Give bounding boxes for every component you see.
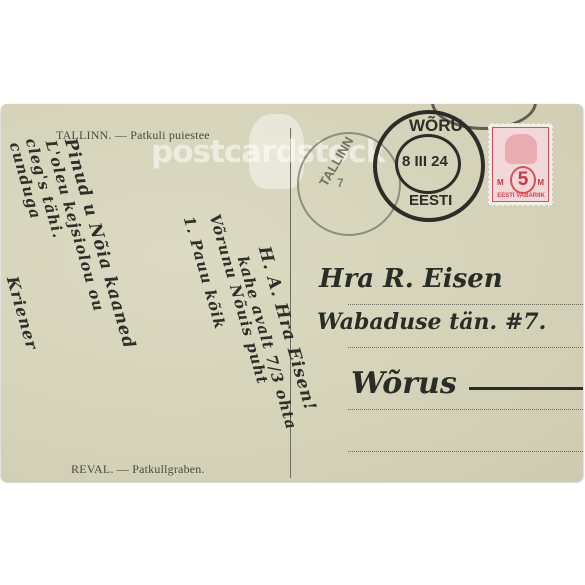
caption-bottom: REVAL. — Patkullgraben. xyxy=(71,462,205,477)
stamp-figure xyxy=(505,134,537,164)
address-rule xyxy=(348,347,583,348)
postmark-date-ring: 8 III 24 xyxy=(395,134,461,194)
address-street: Wabaduse tän. #7. xyxy=(317,309,546,335)
address-recipient: Hra R. Eisen xyxy=(319,264,503,294)
postcard-back: TALLINN. — Patkuli puiestee REVAL. — Pat… xyxy=(1,104,583,481)
stamp-value: 5 xyxy=(510,166,536,194)
address-rule xyxy=(348,409,583,410)
stamp-label: EESTI VABARIIK xyxy=(494,193,548,199)
postage-stamp: 5 M M EESTI VABARIIK xyxy=(488,123,553,206)
city-underline xyxy=(469,387,583,390)
address-rule xyxy=(348,451,583,452)
signature: Kriener xyxy=(3,274,42,352)
address-rule xyxy=(348,304,583,305)
address-city: Wõrus xyxy=(351,366,457,401)
